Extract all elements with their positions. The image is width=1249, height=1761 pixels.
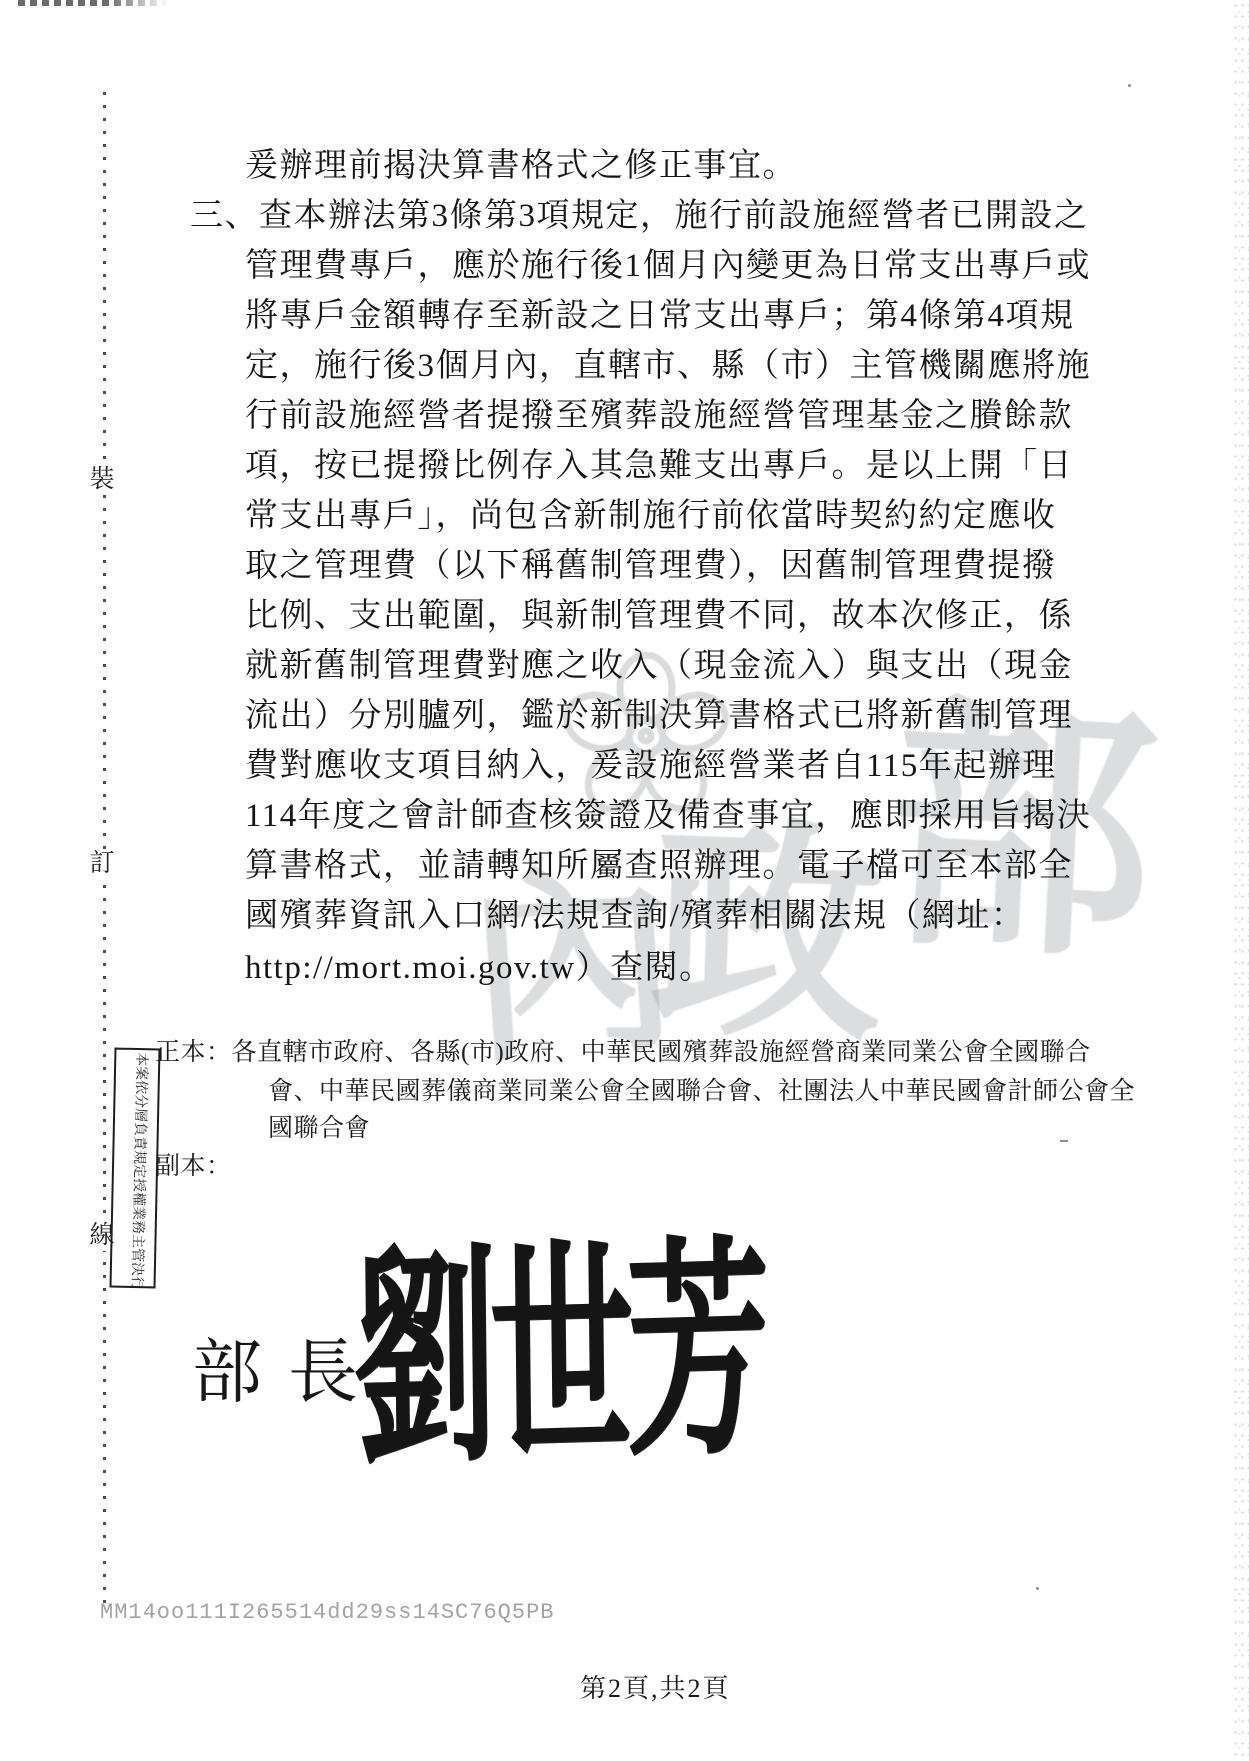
minister-signature-calligraphy: 劉世芳: [352, 1226, 764, 1481]
body-text-line-url: http://mort.moi.gov.tw）查閱。: [245, 952, 714, 985]
scan-speck: [1060, 1140, 1068, 1142]
scanned-official-letter-page: 裝 訂 線 本案依分層負責規定授權業務主管決行 內 政 部 爰辦理前揭決算書格式…: [0, 0, 1249, 1761]
original-recipients-line-2: 會、中華民國葬儀商業同業公會全國聯合會、社團法人中華民國會計師公會全: [268, 1071, 1135, 1107]
binding-mark-ding: 訂: [87, 850, 117, 879]
body-text-line-item-3: 三、查本辦法第3條第3項規定，施行前設施經營者已開設之: [190, 200, 1089, 233]
body-text-line: 行前設施經營者提撥至殯葬設施經營管理基金之賸餘款: [245, 400, 1073, 433]
body-text-line: 項，按已提撥比例存入其急難支出專戶。是以上開「日: [245, 450, 1073, 483]
scan-speck: [1128, 84, 1131, 87]
delegation-authority-stamp: 本案依分層負責規定授權業務主管決行: [109, 1048, 160, 1289]
body-text-line: 國殯葬資訊入口網/法規查詢/殯葬相關法規（網址：: [245, 900, 1025, 933]
body-text-line: 費對應收支項目納入，爰設施經營業者自115年起辦理: [245, 750, 1057, 783]
scan-noise-band: [1232, 0, 1249, 1761]
body-text-line: 114年度之會計師查核簽證及備查事宜，應即採用旨揭決: [245, 800, 1091, 833]
body-text-line: 將專戶金額轉存至新設之日常支出專戶；第4條第4項規: [245, 300, 1075, 333]
scan-speck: [1036, 1587, 1039, 1590]
body-text-line: 比例、支出範圍，與新制管理費不同，故本次修正，係: [245, 600, 1073, 633]
body-text-line: 爰辦理前揭決算書格式之修正事宜。: [245, 150, 797, 183]
body-text-line: 流出）分別臚列，鑑於新制決算書格式已將新舊制管理: [245, 700, 1073, 733]
original-recipients-line-3: 國聯合會: [268, 1108, 370, 1144]
copy-recipients-label: 副本：: [155, 1146, 232, 1182]
body-text-line: 定，施行後3個月內，直轄市、縣（市）主管機關應將施: [245, 350, 1091, 383]
body-text-line: 算書格式，並請轉知所屬查照辦理。電子檔可至本部全: [245, 850, 1073, 883]
document-barcode-id: MM14oo111I265514dd29ss14SC76Q5PB: [100, 1600, 554, 1625]
original-recipients-line-1: 正本：各直轄市政府、各縣(市)政府、中華民國殯葬設施經營商業同業公會全國聯合: [155, 1032, 1091, 1068]
body-text-line: 管理費專戶，應於施行後1個月內變更為日常支出專戶或: [245, 250, 1091, 283]
body-text-line: 就新舊制管理費對應之收入（現金流入）與支出（現金: [245, 650, 1073, 683]
scan-edge-artifact: [18, 0, 168, 6]
body-text-line: 取之管理費（以下稱舊制管理費），因舊制管理費提撥: [245, 550, 1057, 583]
delegation-authority-stamp-text: 本案依分層負責規定授權業務主管決行: [127, 1052, 152, 1289]
body-text-line: 常支出專戶」，尚包含新制施行前依當時契約約定應收: [245, 500, 1057, 533]
page-number: 第2頁,共2頁: [580, 1668, 731, 1705]
binding-mark-zhuang: 裝: [87, 466, 117, 495]
